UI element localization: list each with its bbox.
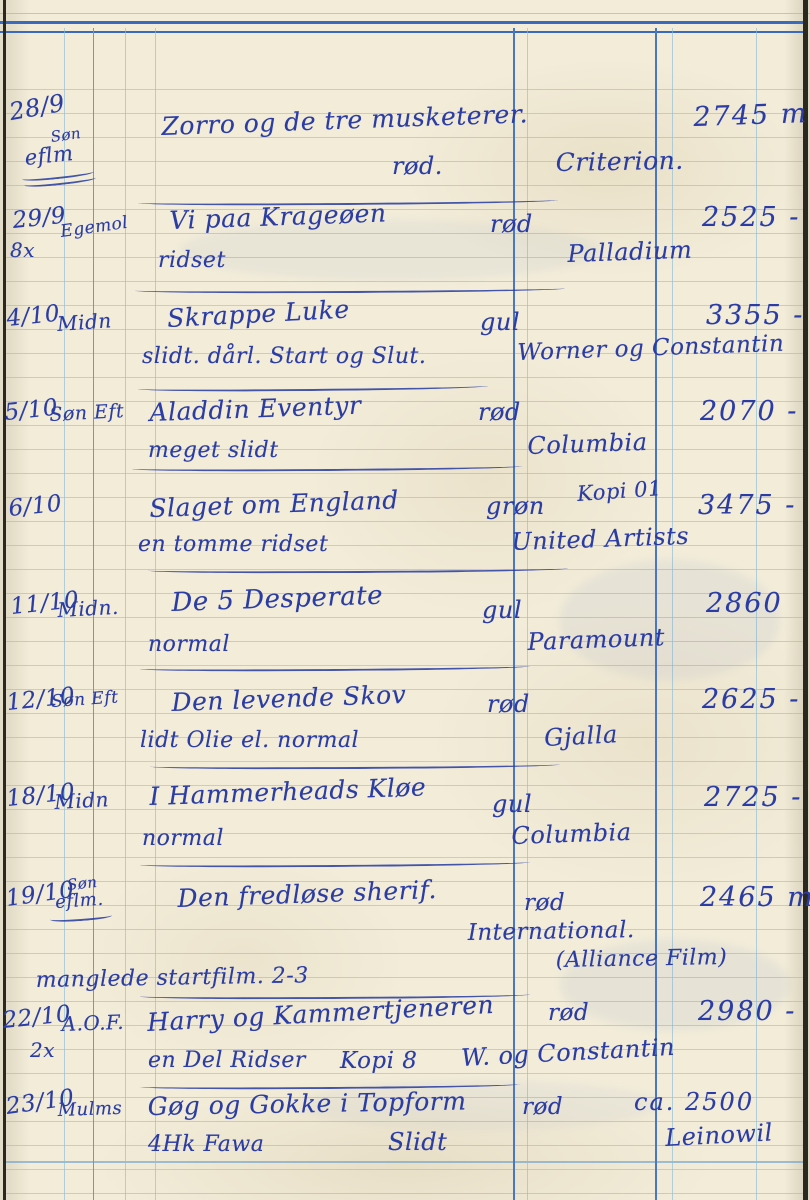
print-color: rød bbox=[478, 398, 521, 426]
print-color: gul bbox=[492, 790, 532, 818]
print-color: rød bbox=[522, 1094, 563, 1120]
condition-note: slidt. dårl. Start og Slut. bbox=[142, 344, 426, 369]
film-length: 2465 m bbox=[700, 882, 810, 913]
entry-session: Mulms bbox=[57, 1098, 122, 1121]
ledger-page: 28/9 Søn eflm Zorro og de tre musketerer… bbox=[0, 0, 810, 1200]
film-length: 2525 - bbox=[702, 202, 800, 233]
film-length: ca. 2500 bbox=[634, 1088, 754, 1116]
entry-session: A.O.F. bbox=[61, 1010, 124, 1036]
printed-header-rule bbox=[0, 21, 806, 33]
distributor: Columbia bbox=[511, 818, 632, 850]
entry-date-extra: 8x bbox=[10, 238, 35, 262]
distributor-alt: (Alliance Film) bbox=[556, 945, 728, 973]
condition-note: ridset bbox=[158, 248, 226, 273]
condition-note-2: Slidt bbox=[388, 1128, 447, 1156]
film-length: 2625 - bbox=[702, 684, 800, 715]
film-length: 2070 - bbox=[700, 396, 798, 427]
film-title: Gøg og Gokke i Topform bbox=[147, 1086, 466, 1121]
condition-note: en Del Ridser bbox=[148, 1048, 306, 1073]
print-color: gul bbox=[482, 596, 522, 624]
column-line bbox=[527, 28, 528, 1200]
print-color: rød bbox=[548, 1000, 589, 1026]
film-length: 3475 - bbox=[698, 490, 796, 521]
film-length: 2745 m. bbox=[693, 98, 810, 133]
condition-note: normal bbox=[148, 632, 230, 657]
distributor: Columbia bbox=[527, 428, 648, 460]
print-color: rød. bbox=[392, 152, 443, 180]
distributor: International. bbox=[468, 917, 635, 946]
entry-date: 4/10 bbox=[5, 301, 61, 332]
film-length: 3355 - bbox=[706, 300, 804, 331]
condition-note: manglede startfilm. 2-3 bbox=[36, 963, 309, 993]
print-color: rød bbox=[490, 210, 533, 238]
distributor: Gjalla bbox=[544, 720, 619, 752]
print-color: rød bbox=[524, 890, 565, 916]
entry-date: 29/9 bbox=[11, 203, 67, 234]
print-color: rød bbox=[487, 690, 530, 718]
page-right-edge bbox=[803, 0, 808, 1200]
film-length: 2725 - bbox=[704, 782, 802, 813]
entry-session: Midn bbox=[54, 787, 110, 814]
film-length: 2860 bbox=[706, 588, 783, 619]
entry-session: Midn bbox=[56, 308, 112, 336]
entry-session-2: eflm bbox=[23, 141, 74, 170]
ink-bleedthrough bbox=[560, 560, 780, 680]
distributor: Palladium bbox=[567, 236, 693, 268]
condition-note: en tomme ridset bbox=[138, 532, 328, 557]
condition-note: lidt Olie el. normal bbox=[140, 728, 359, 753]
print-color: grøn bbox=[486, 492, 545, 520]
entry-session-2: eflm. bbox=[55, 889, 105, 913]
entry-date-extra: 2x bbox=[30, 1038, 55, 1062]
printed-top-line bbox=[0, 13, 810, 14]
condition-note: normal bbox=[142, 826, 224, 851]
condition-note: 4Hk Fawa bbox=[148, 1132, 264, 1157]
distributor: Leinowil bbox=[665, 1118, 774, 1152]
print-color: gul bbox=[480, 308, 520, 336]
entry-session: Søn Eft bbox=[49, 400, 125, 426]
distributor: Paramount bbox=[527, 623, 665, 656]
condition-note: meget slidt bbox=[148, 438, 279, 463]
distributor: Criterion. bbox=[555, 146, 683, 177]
entry-session: Midn. bbox=[57, 595, 120, 622]
entry-date: 6/10 bbox=[7, 491, 63, 522]
film-length: 2980 - bbox=[698, 996, 796, 1027]
copy-number: Kopi 8 bbox=[340, 1048, 417, 1074]
margin-line bbox=[125, 28, 126, 1200]
